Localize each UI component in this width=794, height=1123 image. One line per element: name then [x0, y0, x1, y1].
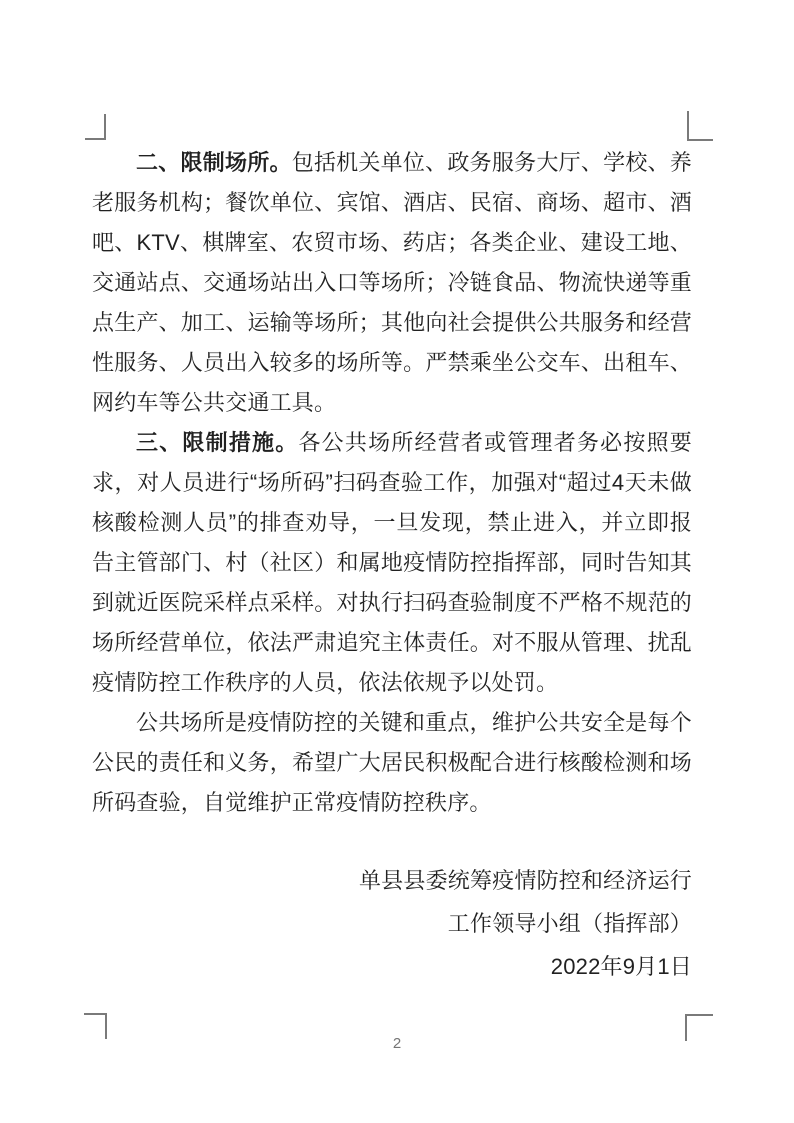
- paragraph-restricted-places: 二、限制场所。包括机关单位、政务服务大厅、学校、养老服务机构；餐饮单位、宾馆、酒…: [92, 143, 692, 423]
- paragraph-text: 各公共场所经营者或管理者务必按照要求，对人员进行“场所码”扫码查验工作，加强对“…: [92, 430, 692, 695]
- crop-mark-top-right: [687, 111, 713, 141]
- document-page: 二、限制场所。包括机关单位、政务服务大厅、学校、养老服务机构；餐饮单位、宾馆、酒…: [0, 0, 794, 1123]
- document-body: 二、限制场所。包括机关单位、政务服务大厅、学校、养老服务机构；餐饮单位、宾馆、酒…: [92, 143, 692, 988]
- signature-org-line2: 工作领导小组（指挥部）: [92, 902, 692, 945]
- signature-block: 单县县委统筹疫情防控和经济运行 工作领导小组（指挥部） 2022年9月1日: [92, 859, 692, 988]
- page-number: 2: [0, 1034, 794, 1054]
- paragraph-text: 包括机关单位、政务服务大厅、学校、养老服务机构；餐饮单位、宾馆、酒店、民宿、商场…: [92, 150, 692, 415]
- paragraph-closing: 公共场所是疫情防控的关键和重点，维护公共安全是每个公民的责任和义务，希望广大居民…: [92, 703, 692, 823]
- paragraph-text: 公共场所是疫情防控的关键和重点，维护公共安全是每个公民的责任和义务，希望广大居民…: [92, 710, 692, 815]
- paragraph-restriction-measures: 三、限制措施。各公共场所经营者或管理者务必按照要求，对人员进行“场所码”扫码查验…: [92, 423, 692, 703]
- crop-mark-top-left: [85, 114, 106, 140]
- signature-date: 2022年9月1日: [92, 945, 692, 988]
- paragraph-lead: 三、限制措施。: [136, 430, 298, 455]
- paragraph-lead: 二、限制场所。: [136, 150, 292, 175]
- signature-org-line1: 单县县委统筹疫情防控和经济运行: [92, 859, 692, 902]
